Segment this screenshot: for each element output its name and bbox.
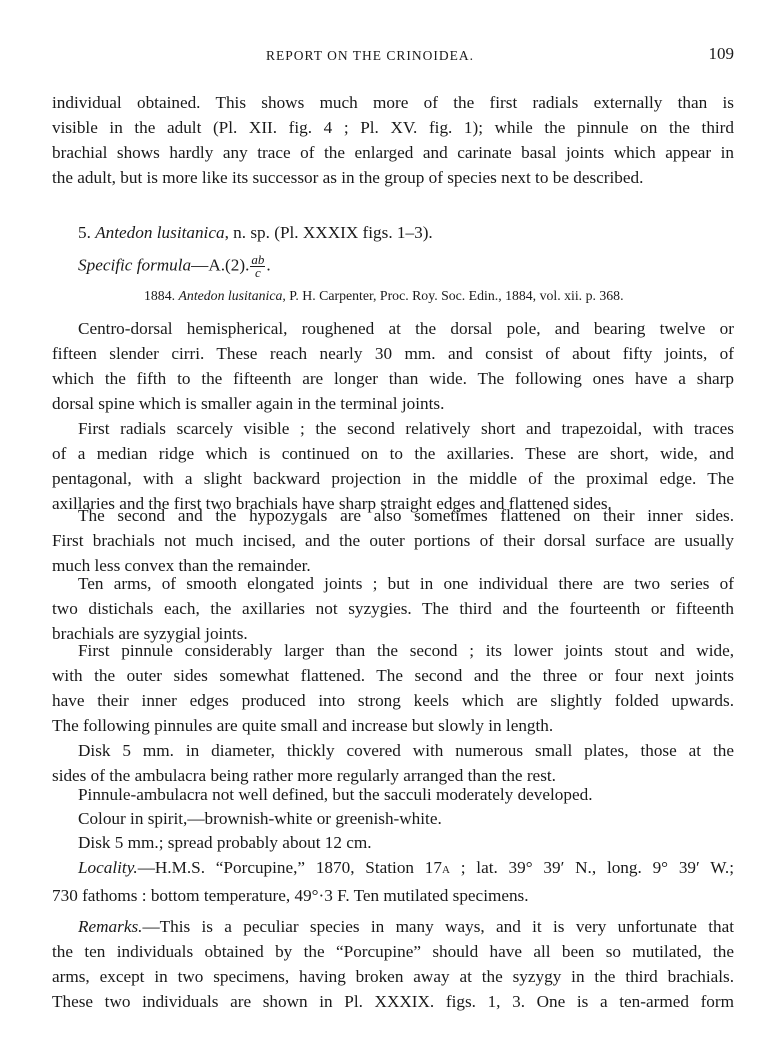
running-head: REPORT ON THE CRINOIDEA. 109 (52, 48, 734, 72)
formula-prefix: —A.(2). (191, 255, 249, 274)
text-line: Colour in spirit,—brownish-white or gree… (52, 806, 734, 831)
synonymy-year: 1884. (144, 288, 175, 303)
formula-fraction: abc (250, 254, 265, 279)
opening-paragraph: individual obtained. This shows much mor… (52, 90, 734, 190)
formula-label: Specific formula (78, 255, 191, 274)
species-name: Antedon lusitanica (95, 223, 224, 242)
text-line: two distichals each, the axillaries not … (52, 596, 734, 621)
station-suffix: A (442, 864, 450, 876)
text-line: fifteen slender cirri. These reach nearl… (52, 341, 734, 366)
text-line: have their inner edges produced into str… (52, 688, 734, 713)
species-number: 5. (78, 223, 91, 242)
text-line: The second and the hypozygals are also s… (52, 503, 734, 528)
description-paragraph-radials: First radials scarcely visible ; the sec… (52, 416, 734, 516)
specific-formula: Specific formula—A.(2).abc. (78, 254, 271, 279)
text-line: Remarks.—This is a peculiar species in m… (52, 914, 734, 939)
description-paragraph-ambulacra: Pinnule-ambulacra not well defined, but … (52, 782, 734, 807)
description-paragraph-colour: Colour in spirit,—brownish-white or gree… (52, 806, 734, 831)
text-line: Ten arms, of smooth elongated joints ; b… (52, 571, 734, 596)
synonymy-name: Antedon lusitanica (179, 288, 283, 303)
text-line: These two individuals are shown in Pl. X… (52, 989, 734, 1014)
species-heading-suffix: , n. sp. (Pl. XXXIX figs. 1–3). (225, 223, 433, 242)
description-paragraph-centro-dorsal: Centro-dorsal hemispherical, roughened a… (52, 316, 734, 416)
text-line: Disk 5 mm.; spread probably about 12 cm. (52, 830, 734, 855)
text-line: Centro-dorsal hemispherical, roughened a… (52, 316, 734, 341)
text-line: First brachials not much incised, and th… (52, 528, 734, 553)
remarks-paragraph: Remarks.—This is a peculiar species in m… (52, 914, 734, 1014)
page-number: 109 (709, 44, 735, 64)
text-line: the adult, but is more like its successo… (52, 165, 734, 190)
description-paragraph-hypozygals: The second and the hypozygals are also s… (52, 503, 734, 578)
locality-paragraph: Locality.—H.M.S. “Porcupine,” 1870, Stat… (52, 855, 734, 908)
text-line: with the outer sides somewhat flattened.… (52, 663, 734, 688)
remarks-text: —This is a peculiar species in many ways… (142, 917, 734, 936)
species-heading: 5. Antedon lusitanica, n. sp. (Pl. XXXIX… (78, 223, 433, 243)
text-line: which the fifth to the fifteenth are lon… (52, 366, 734, 391)
formula-end: . (266, 255, 270, 274)
text-line: First pinnule considerably larger than t… (52, 638, 734, 663)
text-line: visible in the adult (Pl. XII. fig. 4 ; … (52, 115, 734, 140)
text-line: of a median ridge which is continued on … (52, 441, 734, 466)
locality-label: Locality. (78, 858, 138, 877)
text-line: individual obtained. This shows much mor… (52, 90, 734, 115)
text-line: The following pinnules are quite small a… (52, 713, 734, 738)
locality-coordinates: ; lat. 39° 39′ N., long. 9° 39′ W.; (450, 858, 734, 877)
text-line: Pinnule-ambulacra not well defined, but … (52, 782, 734, 807)
description-paragraph-disk: Disk 5 mm. in diameter, thickly covered … (52, 738, 734, 788)
text-line: arms, except in two specimens, having br… (52, 964, 734, 989)
text-line: Locality.—H.M.S. “Porcupine,” 1870, Stat… (52, 855, 734, 883)
text-line: Disk 5 mm. in diameter, thickly covered … (52, 738, 734, 763)
text-line: brachial shows hardly any trace of the e… (52, 140, 734, 165)
locality-text: —H.M.S. “Porcupine,” 1870, Station 17 (138, 858, 442, 877)
synonymy-entry: 1884. Antedon lusitanica, P. H. Carpente… (144, 288, 624, 304)
text-line: 730 fathoms : bottom temperature, 49°·3 … (52, 883, 734, 908)
running-head-title: REPORT ON THE CRINOIDEA. (266, 48, 474, 64)
synonymy-citation: , P. H. Carpenter, Proc. Roy. Soc. Edin.… (282, 288, 623, 303)
description-paragraph-pinnules: First pinnule considerably larger than t… (52, 638, 734, 738)
text-line: dorsal spine which is smaller again in t… (52, 391, 734, 416)
text-line: the ten individuals obtained by the “Por… (52, 939, 734, 964)
description-paragraph-arms: Ten arms, of smooth elongated joints ; b… (52, 571, 734, 646)
description-paragraph-size: Disk 5 mm.; spread probably about 12 cm. (52, 830, 734, 855)
fraction-denominator: c (250, 267, 265, 279)
text-line: First radials scarcely visible ; the sec… (52, 416, 734, 441)
text-line: pentagonal, with a slight backward proje… (52, 466, 734, 491)
remarks-label: Remarks. (78, 917, 142, 936)
